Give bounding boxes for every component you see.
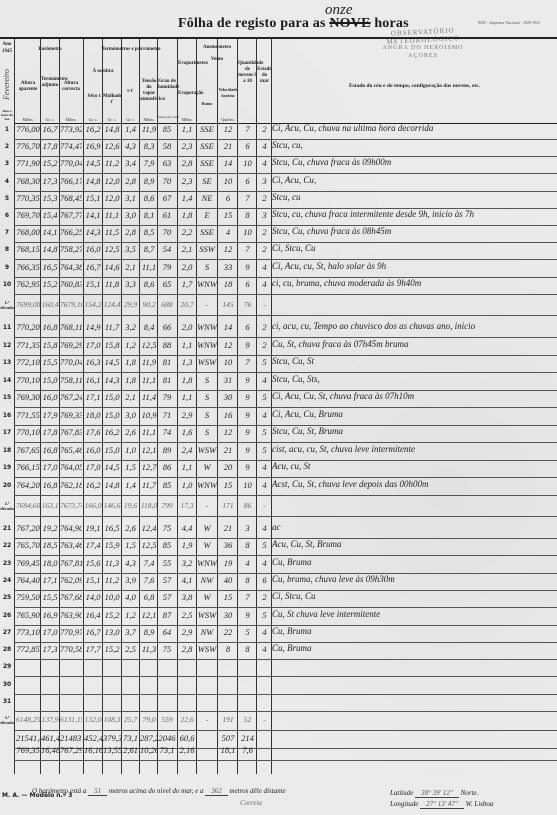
table-row: 2776,7017,8774,4716,912,64,38,3582,3SSE2…	[0, 139, 557, 157]
cell-hum: 70	[158, 176, 176, 186]
cell-rumo: W	[196, 523, 218, 533]
table-row: 27773,1017,0770,9716,713,03,78,9642,9NW2…	[0, 625, 557, 643]
cell-hum: 57	[158, 575, 176, 585]
cell-tw: 11,7	[103, 322, 121, 332]
day-number: 2	[0, 143, 14, 150]
cell-mar: 2	[257, 124, 272, 134]
table-row: 9766,3516,5764,3816,714,62,111,1792,0S33…	[0, 260, 557, 278]
cell-nuv: 7	[238, 357, 257, 367]
cell-vel: 30	[218, 610, 238, 620]
cell-rumo: WSW	[196, 644, 218, 654]
cell-mar: 2	[257, 227, 272, 237]
day-number: 1	[0, 126, 14, 133]
cell-nuv: 86	[238, 501, 257, 510]
cell-mar: 4	[257, 523, 272, 533]
cell-rumo: W	[196, 592, 218, 602]
cell-alt-cor: 758,11	[60, 375, 82, 385]
cell-vel: 21	[218, 445, 238, 455]
cell-rumo: NW	[196, 627, 218, 637]
cell-mar: 4	[257, 644, 272, 654]
cell-term: 17,8	[41, 427, 59, 437]
cell-term: 17,3	[41, 176, 59, 186]
row-rule	[14, 294, 557, 295]
cell-alt-cor: 770,58	[60, 644, 82, 654]
cell-tw: 15,2	[103, 610, 121, 620]
cell-mar: 6	[257, 575, 272, 585]
cell-evap: 2,0	[178, 262, 196, 272]
cell-vel: 14	[218, 322, 238, 332]
cell-mar: 3	[257, 210, 272, 220]
observation-text: Cu, bruma, chuva leve às 09h30m	[272, 574, 395, 584]
cell-vel: 18	[218, 279, 238, 289]
cell-vel: 12	[218, 244, 238, 254]
cell-rumo: SSE	[196, 124, 218, 134]
day-number: 15	[0, 394, 14, 401]
cell-mar: 4	[257, 627, 272, 637]
cell-evap: 1,8	[178, 210, 196, 220]
observation-text: Cu, St chuva leve intermitente	[272, 609, 380, 619]
cell-vel: 21	[218, 141, 238, 151]
cell-alt-ap: 776,70	[16, 141, 40, 151]
cell-tens: 10,9	[140, 410, 158, 420]
shade-subgroup: À sombra	[84, 69, 122, 75]
cell-t: 16,7	[84, 262, 102, 272]
observation-text: Ci, Acu, Cu,	[272, 175, 316, 185]
cell-dt: 1,2	[122, 610, 139, 620]
cell-dt: 3,3	[122, 279, 139, 289]
cell-alt-ap: 770,10	[16, 427, 40, 437]
cell-alt-ap: 773,10	[16, 627, 40, 637]
cell-vel: 4	[218, 227, 238, 237]
cell-mar: 4	[257, 141, 272, 151]
col-wet: Molhado t'	[103, 94, 121, 106]
cell-evap: 1,0	[178, 480, 196, 490]
cell-term: 15,5	[41, 592, 59, 602]
cell-dt: 2,8	[122, 227, 139, 237]
day-number: 21	[0, 525, 14, 532]
cell-alt-ap: 7694,60	[16, 501, 40, 510]
cell-vel: 12	[218, 427, 238, 437]
cell-tens: 11,1	[140, 427, 158, 437]
cell-term: 17,8	[41, 141, 59, 151]
cell-alt-ap: 767,20	[16, 523, 40, 533]
table-row: 15769,3016,0767,2417,115,02,111,4791,1S3…	[0, 390, 557, 408]
cell-vel: 22	[218, 627, 238, 637]
cell-t: 154,2	[84, 300, 102, 309]
cell-term: 14,8	[41, 244, 59, 254]
longitude-label: Longitude	[390, 800, 418, 808]
cell-tw: 14,6	[103, 262, 121, 272]
cell-tens: 12,1	[140, 445, 158, 455]
cell-vel: 14	[218, 158, 238, 168]
cell-nuv: 6	[238, 322, 257, 332]
cell-tw: 12,5	[103, 244, 121, 254]
cell-alt-cor: 767,24	[60, 392, 82, 402]
cell-alt-cor: 764,38	[60, 262, 82, 272]
cell-t: 17,1	[84, 392, 102, 402]
table-row: 11770,2016,8768,1114,911,73,28,4662,0WNW…	[0, 320, 557, 338]
observation-text: cist, acu, cu, St, chuva leve intermiten…	[272, 444, 415, 454]
observation-text: ac	[272, 522, 281, 532]
title-prefix: Fôlha de registo para as	[178, 16, 326, 31]
cell-nuv: 9	[238, 410, 257, 420]
cell-evap: 2,8	[178, 644, 196, 654]
cell-rumo: -	[196, 501, 218, 510]
cell-tens: 11,7	[140, 480, 158, 490]
cell-nuv: 214	[238, 733, 257, 743]
cell-vel: 19	[218, 558, 238, 568]
cell-t: 166,0	[84, 501, 102, 510]
cell-t: 18,0	[84, 410, 102, 420]
day-number: 25	[0, 594, 14, 601]
observation-text: Acu, Cu, St, Bruma	[272, 539, 342, 549]
observation-text: Ci, Acu, Cu, St, chuva fraca às 07h10m	[272, 391, 414, 401]
cell-vel: 12	[218, 340, 238, 350]
cell-term: 15,2	[41, 158, 59, 168]
cell-nuv: 9	[238, 610, 257, 620]
cell-dt: 2,6	[122, 427, 139, 437]
cell-term: 17,0	[41, 462, 59, 472]
cell-rumo: WSW	[196, 610, 218, 620]
col-sea: Estado do mar	[257, 67, 272, 85]
longitude-value: 27° 13' 47"	[420, 800, 464, 809]
cell-t: 16,0	[84, 244, 102, 254]
cell-nuv: 9	[238, 340, 257, 350]
cell-tw: 11,3	[103, 558, 121, 568]
cell-vel: 30	[218, 392, 238, 402]
cell-evap: 4,4	[178, 523, 196, 533]
cell-vel: 8	[218, 644, 238, 654]
cell-tw: 15,8	[103, 340, 121, 350]
col-observations: Estado do céu e do tempo, configuração d…	[272, 83, 557, 89]
cell-hum: 55	[158, 558, 176, 568]
cell-term: 461,4	[41, 733, 59, 743]
table-row: 29	[0, 659, 557, 677]
table-row: 12771,3515,8769,2917,015,81,212,5881,1WN…	[0, 338, 557, 356]
cell-mar: 2	[257, 193, 272, 203]
cell-vel: 36	[218, 540, 238, 550]
cell-alt-cor: 773,92	[60, 124, 82, 134]
cell-rumo: NW	[196, 575, 218, 585]
cell-t: 17,4	[84, 540, 102, 550]
cell-alt-ap: 762,95	[16, 279, 40, 289]
cell-hum: 61	[158, 210, 176, 220]
cell-alt-cor: 760,83	[60, 279, 82, 289]
latitude-value: 38° 39' 12"	[415, 789, 459, 798]
table-row: 8768,1514,8758,2716,012,53,58,7542,1SSW1…	[0, 242, 557, 260]
cell-alt-ap: 770,35	[16, 193, 40, 203]
cell-t: 17,7	[84, 644, 102, 654]
cell-tens: 12,7	[140, 462, 158, 472]
cell-nuv: 7	[238, 193, 257, 203]
cell-dt: 3,0	[122, 210, 139, 220]
cell-alt-cor: 764,05	[60, 462, 82, 472]
cell-nuv: 8	[238, 575, 257, 585]
cell-nuv: 52	[238, 715, 257, 724]
cell-nuv: 7	[238, 592, 257, 602]
col-evap: Evaporação	[178, 91, 196, 97]
cell-evap: 1,1	[178, 462, 196, 472]
row-rule	[14, 495, 557, 496]
cell-mar: 5	[257, 392, 272, 402]
cell-mar: 4	[257, 480, 272, 490]
table-row: 1776,0016,7773,9216,214,81,411,9851,1SSE…	[0, 122, 557, 140]
cell-alt-ap: 766,35	[16, 262, 40, 272]
unit-humidity: Saturação=100	[158, 115, 176, 119]
latitude-label: Latitude	[390, 789, 413, 797]
day-number: 5	[0, 195, 14, 202]
col-humidity: Grau de humidade	[158, 79, 176, 91]
decade-summary-row: 1.ª década7699,00160,47679,10154,2124,42…	[0, 298, 557, 316]
cell-mar: 4	[257, 279, 272, 289]
cell-tens: 8,6	[140, 193, 158, 203]
totals-row: 769,3516,48767,2916,1613,552,6110,2673,1…	[0, 743, 557, 761]
col-dry: Sêco t	[86, 94, 102, 100]
cell-rumo: SSE	[196, 141, 218, 151]
cell-tens: 6,8	[140, 592, 158, 602]
cell-hum: 89	[158, 445, 176, 455]
cell-hum: 688	[158, 300, 176, 309]
cell-mar: -	[257, 300, 272, 309]
cell-dt: 3,5	[122, 244, 139, 254]
cell-mar: 4	[257, 558, 272, 568]
col-alt-cor: Altura correcta	[60, 81, 82, 93]
longitude: Longitude 27° 13' 47" W. Lisboa	[390, 800, 493, 808]
cell-hum: 85	[158, 540, 176, 550]
cell-hum: 88	[158, 340, 176, 350]
day-number: 10	[0, 281, 14, 288]
cell-nuv: 10	[238, 480, 257, 490]
cell-vel: 145	[218, 300, 238, 309]
cell-mar: 2	[257, 592, 272, 602]
observation-text: Stcu, cu	[272, 192, 301, 202]
cell-term: 160,4	[41, 300, 59, 309]
cell-nuv: 6	[238, 279, 257, 289]
cell-alt-ap: 6148,25	[16, 715, 40, 724]
day-number: 19	[0, 464, 14, 471]
table-row: 22765,7018,5763,4617,415,91,512,5851,9W3…	[0, 538, 557, 556]
cell-alt-ap: 21541,85	[16, 733, 40, 743]
cell-tens: 7,6	[140, 575, 158, 585]
cell-mar: 2	[257, 340, 272, 350]
observation-text: Cu, Bruma	[272, 557, 312, 567]
cell-term: 15,0	[41, 375, 59, 385]
cell-hum: 81	[158, 375, 176, 385]
cell-nuv: 10	[238, 227, 257, 237]
row-rule	[14, 760, 557, 761]
observation-text: Ci, Acu, Cu, chuva na ultima hora decorr…	[272, 123, 433, 133]
cell-hum: 67	[158, 193, 176, 203]
cell-alt-cor: 764,90	[60, 523, 82, 533]
cell-term: 16,9	[41, 610, 59, 620]
cell-rumo: SSE	[196, 158, 218, 168]
cell-t: 16,4	[84, 610, 102, 620]
cell-t: 14,8	[84, 176, 102, 186]
cell-mar: 5	[257, 610, 272, 620]
cell-alt-ap: 776,00	[16, 124, 40, 134]
cell-t: 132,0	[84, 715, 102, 724]
cell-mar: 4	[257, 375, 272, 385]
cell-dt: 1,4	[122, 480, 139, 490]
cell-hum: 79	[158, 392, 176, 402]
table-row: 24764,4017,1762,0915,111,23,97,6574,1NW4…	[0, 573, 557, 591]
day-number: 12	[0, 342, 14, 349]
cell-evap: 1,7	[178, 279, 196, 289]
observation-text: Stcu, Cu, chuva fraca às 08h45m	[272, 226, 391, 236]
observation-text: Cu, Bruma	[272, 643, 312, 653]
cell-rumo: WNW	[196, 322, 218, 332]
cell-mar: 4	[257, 410, 272, 420]
cell-alt-cor: 766,17	[60, 176, 82, 186]
day-number: 7	[0, 229, 14, 236]
cell-t: 15,1	[84, 575, 102, 585]
cell-hum: 86	[158, 462, 176, 472]
cell-evap: 1,3	[178, 357, 196, 367]
cell-alt-cor: 769,33	[60, 410, 82, 420]
day-number: 17	[0, 429, 14, 436]
cell-nuv: 5	[238, 627, 257, 637]
cell-hum: 66	[158, 322, 176, 332]
cell-vel: 21	[218, 523, 238, 533]
table-row: 6769,7015,4767,7714,111,13,08,1611,8E158…	[0, 208, 557, 226]
cell-term: 17,3	[41, 644, 59, 654]
latitude-suffix: Norte.	[461, 789, 479, 797]
cell-t: 452,4	[84, 733, 102, 743]
day-number: 24	[0, 577, 14, 584]
cell-tens: 8,9	[140, 627, 158, 637]
cell-t: 15,6	[84, 558, 102, 568]
cell-vel: 15	[218, 210, 238, 220]
cell-hum: 65	[158, 279, 176, 289]
cell-vel: 18,1	[218, 745, 238, 755]
cell-alt-cor: 767,77	[60, 210, 82, 220]
cell-tens: 11,3	[140, 644, 158, 654]
cell-vel: 15	[218, 480, 238, 490]
cell-evap: 1,8	[178, 375, 196, 385]
cell-alt-ap: 772,10	[16, 357, 40, 367]
cell-dt: 19,6	[122, 501, 139, 510]
cell-hum: 799	[158, 501, 176, 510]
cell-nuv: 8	[238, 644, 257, 654]
cell-dt: 4,3	[122, 141, 139, 151]
cell-alt-cor: 763,90	[60, 610, 82, 620]
table-row: 31	[0, 694, 557, 712]
cell-tens: 10,26	[140, 745, 158, 755]
table-row: 23769,4518,0767,8115,611,34,37,4553,2WNW…	[0, 556, 557, 574]
cell-alt-ap: 769,45	[16, 558, 40, 568]
cell-nuv: 9	[238, 445, 257, 455]
day-number: 23	[0, 560, 14, 567]
cell-evap: 1,1	[178, 340, 196, 350]
cell-evap: 2,5	[178, 610, 196, 620]
cell-rumo: S	[196, 392, 218, 402]
cell-term: 18,0	[41, 558, 59, 568]
cell-evap: 17,3	[178, 501, 196, 510]
cell-alt-cor: 7673,74	[60, 501, 82, 510]
cell-hum: 85	[158, 124, 176, 134]
cell-tens: 8,4	[140, 322, 158, 332]
barometer-text-3: metros dêle distante	[230, 787, 286, 795]
cell-tens: 118,0	[140, 501, 158, 510]
cell-tw: 12,0	[103, 176, 121, 186]
cell-tw: 15,9	[103, 540, 121, 550]
table-row: 30	[0, 677, 557, 695]
cell-alt-cor: 766,25	[60, 227, 82, 237]
cell-evap: 1,1	[178, 392, 196, 402]
cell-rumo: E	[196, 210, 218, 220]
cell-rumo: WNW	[196, 558, 218, 568]
cell-dt: 2,1	[122, 392, 139, 402]
cell-term: 16,48	[41, 745, 59, 755]
cell-evap: 3,8	[178, 592, 196, 602]
cell-hum: 75	[158, 523, 176, 533]
cell-rumo: NE	[196, 193, 218, 203]
observation-text: ci, acu, cu, Tempo ao chuvisco dos as ch…	[272, 321, 475, 331]
cell-alt-ap: 7699,00	[16, 300, 40, 309]
days-label: Dias e fases da lua	[0, 109, 14, 121]
cell-evap: 2,16	[178, 745, 196, 755]
cell-vel: 33	[218, 262, 238, 272]
observation-text: Cu, St, chuva fraca às 07h45m bruma	[272, 339, 409, 349]
cell-tw: 146,6	[103, 501, 121, 510]
cell-evap: 2,1	[178, 244, 196, 254]
cell-dt: 1,0	[122, 445, 139, 455]
cell-tens: 79,0	[140, 715, 158, 724]
cell-nuv: 4	[238, 558, 257, 568]
cell-mar: -	[257, 501, 272, 510]
cell-dt: 1,4	[122, 124, 139, 134]
cell-alt-ap: 771,90	[16, 158, 40, 168]
cell-dt: 2,1	[122, 262, 139, 272]
cell-mar: 4	[257, 462, 272, 472]
table-row: 17770,1017,8767,8317,616,22,611,1741,6S1…	[0, 425, 557, 443]
cell-rumo: SSE	[196, 227, 218, 237]
cell-dt: 2,6	[122, 523, 139, 533]
cell-t: 16,16	[84, 745, 102, 755]
cell-rumo: WNW	[196, 340, 218, 350]
cell-term: 17,0	[41, 627, 59, 637]
cell-hum: 87	[158, 610, 176, 620]
col-term-adj: Termómetro adjunto	[41, 77, 59, 89]
barometer-text-2: metros acima do nivel do mar, e a	[109, 787, 204, 795]
cell-hum: 74	[158, 427, 176, 437]
cell-mar: 5	[257, 357, 272, 367]
cell-nuv: 9	[238, 392, 257, 402]
cell-t: 16,9	[84, 141, 102, 151]
observation-text: Acst, Cu, St, chuva leve depois das 00h0…	[272, 479, 428, 489]
cell-term: 163,1	[41, 501, 59, 510]
col-diff: t-t'	[122, 89, 139, 95]
cell-evap: 2,9	[178, 627, 196, 637]
cell-term: 14,1	[41, 227, 59, 237]
cell-term: 16,8	[41, 322, 59, 332]
cell-evap: 2,3	[178, 176, 196, 186]
cell-tw: 10,0	[103, 592, 121, 602]
cell-evap: 2,3	[178, 141, 196, 151]
cell-vel: 191	[218, 715, 238, 724]
day-number: 28	[0, 646, 14, 653]
cell-tens: 12,4	[140, 523, 158, 533]
cell-vel: 507	[218, 733, 238, 743]
printer-note: 8045 - Imprensa Nacional - 1920-1921	[478, 20, 540, 25]
cell-tens: 12,5	[140, 340, 158, 350]
cell-hum: 63	[158, 158, 176, 168]
cell-term: 19,2	[41, 523, 59, 533]
cell-alt-cor: 770,04	[60, 357, 82, 367]
cell-term: 16,8	[41, 445, 59, 455]
day-number: 11	[0, 324, 14, 331]
cell-nuv: 6	[238, 176, 257, 186]
